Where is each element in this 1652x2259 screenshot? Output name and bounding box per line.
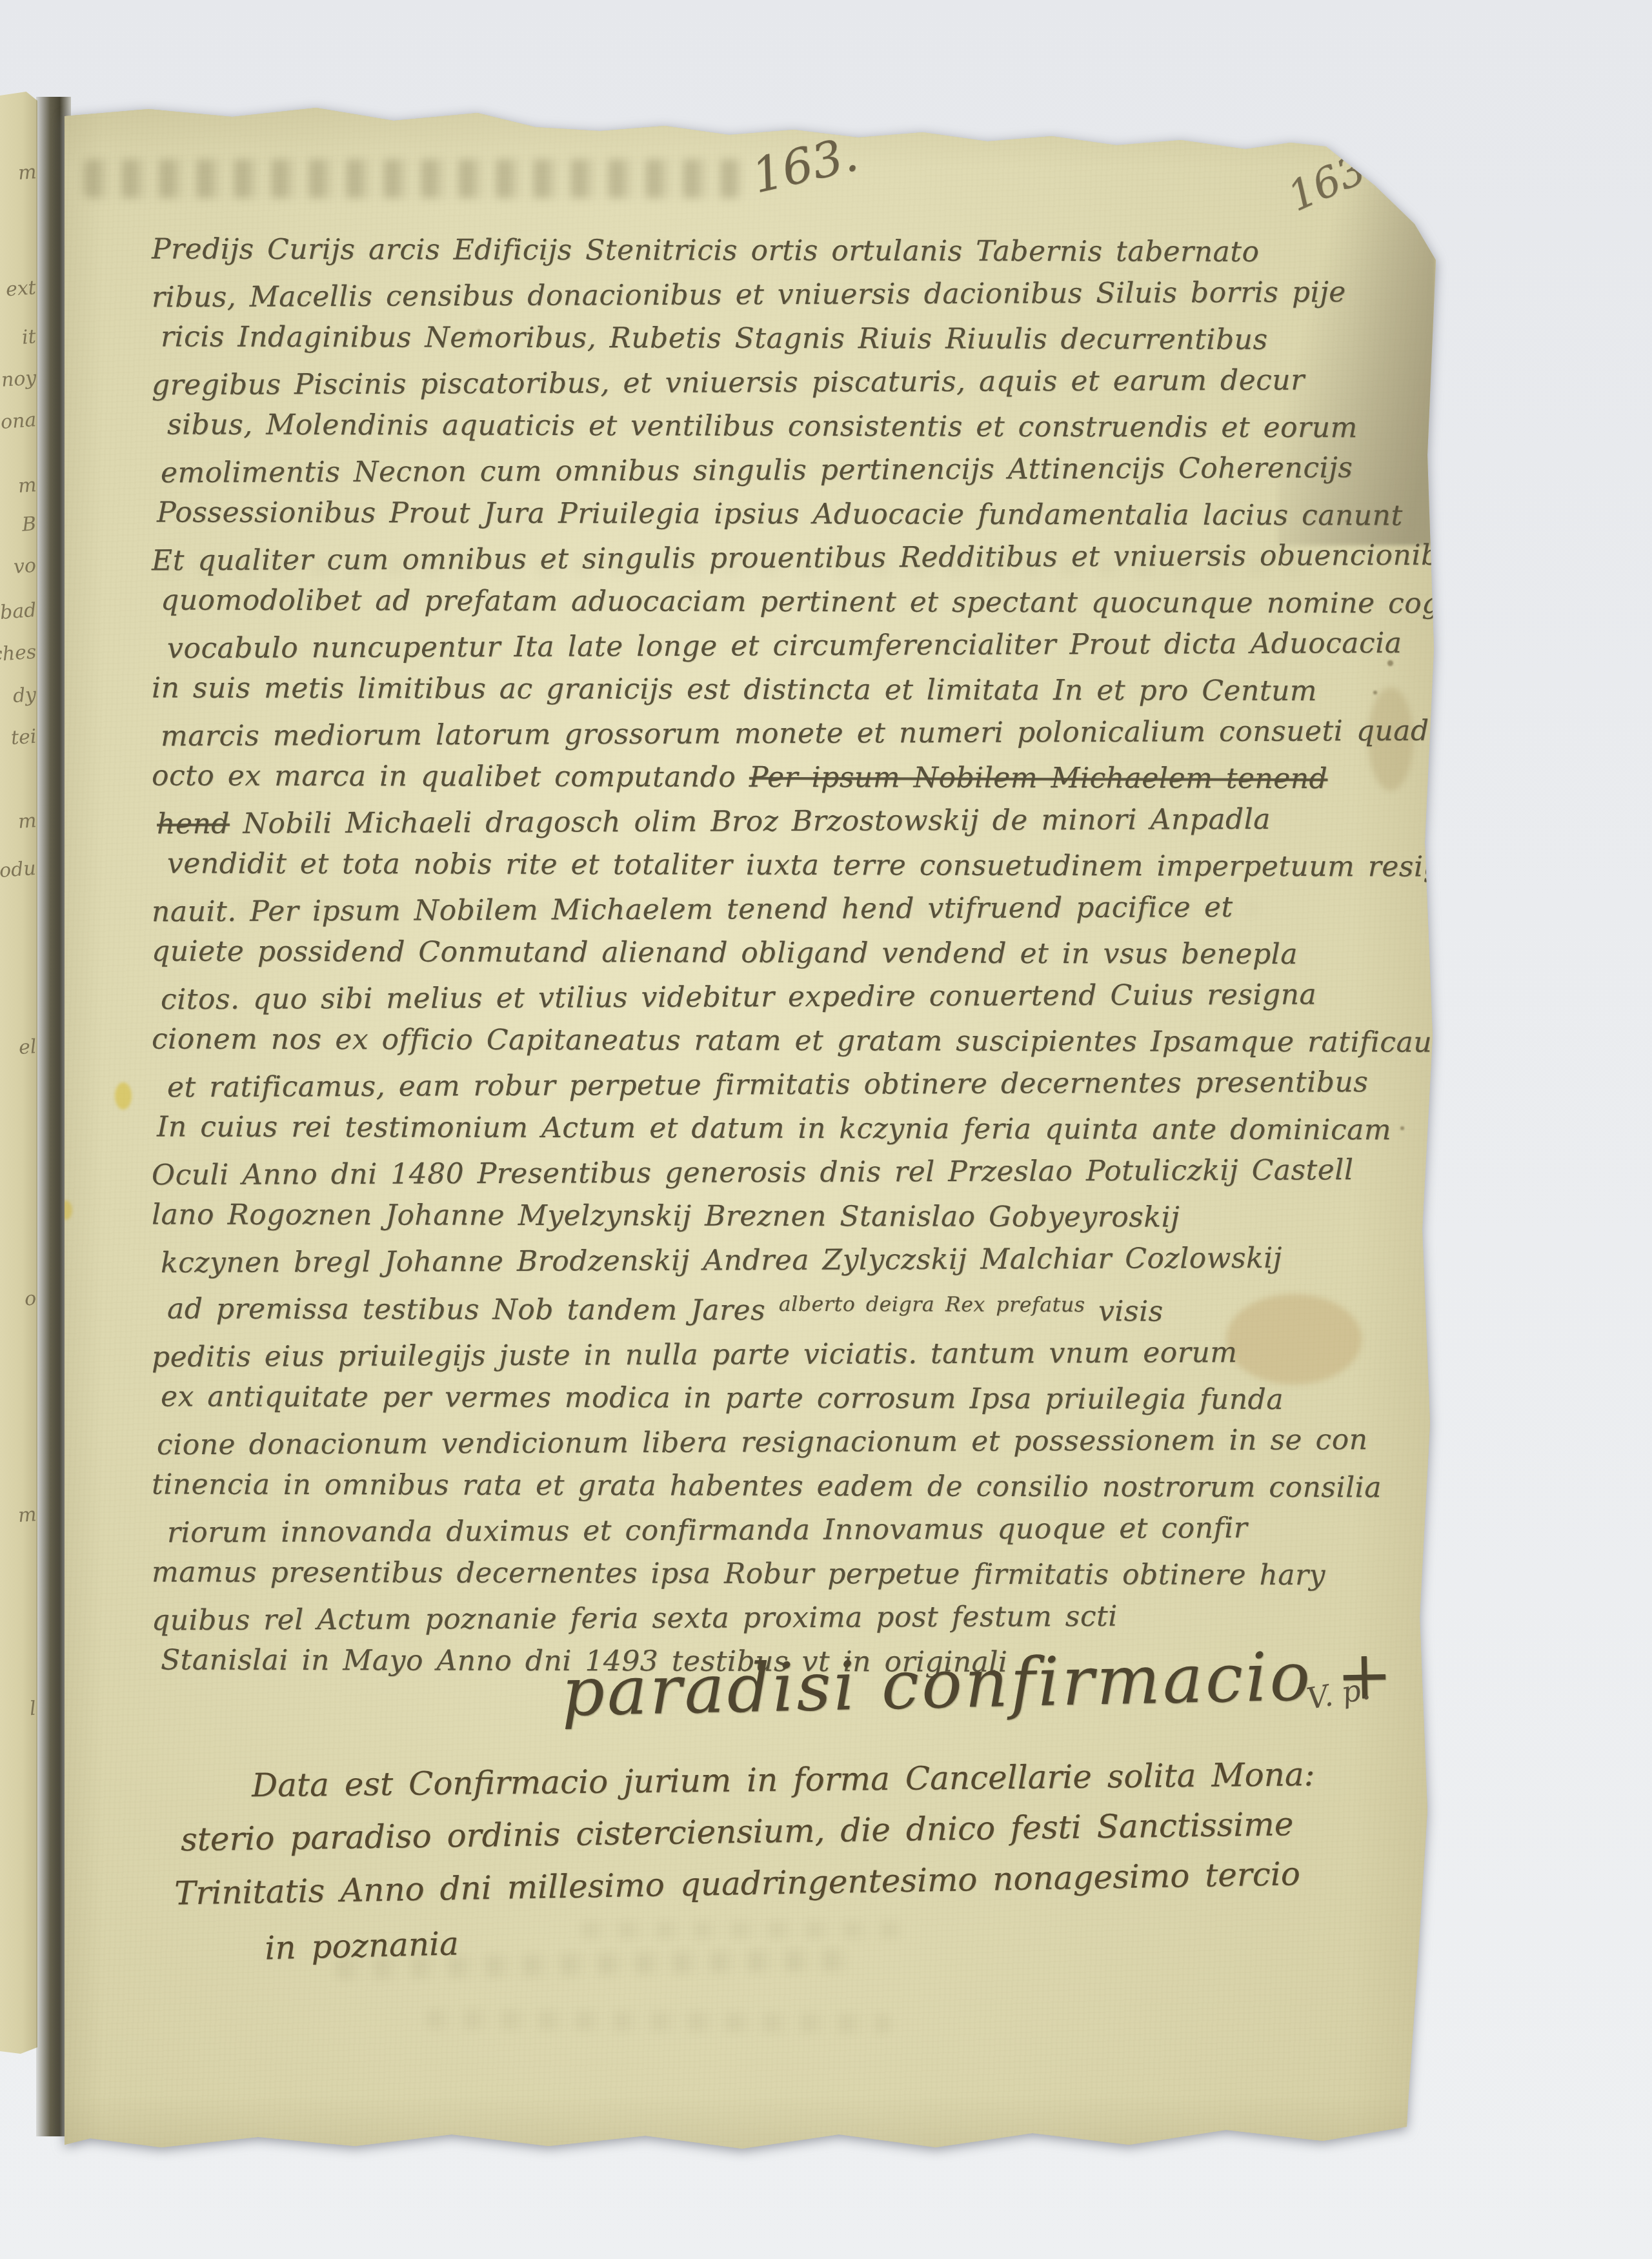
text-line: Possessionibus Prout Jura Priuilegia ips… xyxy=(157,491,1429,538)
text-line: Oculi Anno dni 1480 Presentibus generosi… xyxy=(152,1148,1429,1198)
text-segment: riorum innovanda duximus et confirmanda … xyxy=(167,1512,1248,1549)
main-text-block: Predijs Curijs arcis Edificijs Stenitric… xyxy=(152,229,1429,1684)
text-segment: quiete possidend Conmutand alienand obli… xyxy=(152,935,1298,971)
margin-fragment: tei xyxy=(10,725,37,750)
text-segment: Oculi Anno dni 1480 Presentibus generosi… xyxy=(152,1153,1354,1191)
text-segment: tinencia in omnibus rata et grata habent… xyxy=(152,1468,1382,1504)
margin-fragment: bad xyxy=(0,599,37,624)
text-line: lano Rogoznen Johanne Myelzynskij Brezne… xyxy=(152,1193,1429,1240)
text-line: ricis Indaginibus Nemoribus, Rubetis Sta… xyxy=(161,315,1429,362)
ink-bleedthrough-ghost xyxy=(426,2009,891,2034)
text-segment: ricis Indaginibus Nemoribus, Rubetis Sta… xyxy=(161,320,1268,356)
margin-fragment: dy xyxy=(12,684,37,707)
struck-text: hend xyxy=(157,807,230,840)
yellow-stain-spot xyxy=(115,1082,132,1109)
text-segment: quomodolibet ad prefatam aduocaciam pert… xyxy=(161,583,1622,620)
text-line: emolimentis Necnon cum omnibus singulis … xyxy=(161,446,1429,496)
text-segment: kczynen bregl Johanne Brodzenskij Andrea… xyxy=(161,1242,1282,1280)
text-segment: lano Rogoznen Johanne Myelzynskij Brezne… xyxy=(152,1198,1180,1233)
margin-fragment: ches xyxy=(0,641,37,667)
text-line: marcis mediorum latorum grossorum monete… xyxy=(161,709,1429,759)
text-segment: Et qualiter cum omnibus et singulis prou… xyxy=(152,538,1473,577)
text-segment: Possessionibus Prout Jura Priuilegia ips… xyxy=(157,496,1403,532)
ink-bleedthrough-ghost xyxy=(84,159,742,198)
text-segment: octo ex marca in qualibet computando xyxy=(152,759,749,793)
text-line: hend Nobili Michaeli dragosch olim Broz … xyxy=(157,797,1429,847)
text-line: sibus, Molendinis aquaticis et ventilibu… xyxy=(167,403,1429,450)
margin-fragment: ext xyxy=(5,276,37,301)
text-line: tinencia in omnibus rata et grata habent… xyxy=(152,1463,1429,1510)
text-segment: citos. quo sibi melius et vtilius videbi… xyxy=(161,978,1316,1016)
margin-fragment: el xyxy=(17,1035,37,1059)
section-heading: paradisi confirmacio + xyxy=(561,1635,1396,1731)
text-line: mamus presentibus decernentes ipsa Robur… xyxy=(152,1550,1429,1597)
text-segment: in suis metis limitibus ac granicijs est… xyxy=(152,671,1317,707)
folio-number-center: 163. xyxy=(747,127,863,205)
text-line: Et qualiter cum omnibus et singulis prou… xyxy=(152,534,1429,583)
text-segment: et ratificamus, eam robur perpetue firmi… xyxy=(167,1066,1369,1104)
parchment-leaf: 163. 163 Predijs Curijs arcis Edificijs … xyxy=(65,106,1436,2149)
text-segment: gregibus Piscinis piscatoribus, et vniue… xyxy=(152,364,1305,402)
text-segment: ad premissa testibus Nob tandem Jares xyxy=(167,1292,779,1326)
text-line: vocabulo nuncupentur Ita late longe et c… xyxy=(167,622,1429,671)
text-line: quiete possidend Conmutand alienand obli… xyxy=(152,929,1429,977)
facing-page-edge: mextitnoyonamBvobadchesdyteimodueloml xyxy=(0,92,37,2054)
scanned-manuscript-view: mextitnoyonamBvobadchesdyteimodueloml 16… xyxy=(0,0,1652,2259)
text-line: ad premissa testibus Nob tandem Jares al… xyxy=(167,1281,1429,1334)
text-line: cionem nos ex officio Capitaneatus ratam… xyxy=(152,1017,1429,1064)
margin-fragment: B xyxy=(21,512,37,536)
text-segment: Predijs Curijs arcis Edificijs Stenitric… xyxy=(152,232,1260,268)
text-segment: visis xyxy=(1085,1295,1163,1328)
margin-fragment: m xyxy=(17,161,37,185)
text-line: octo ex marca in qualibet computando Per… xyxy=(152,754,1429,801)
margin-fragment: odu xyxy=(0,857,37,882)
text-line: kczynen bregl Johanne Brodzenskij Andrea… xyxy=(161,1236,1429,1286)
margin-fragment: noy xyxy=(1,367,37,392)
text-line: ribus, Macellis censibus donacionibus et… xyxy=(152,270,1429,320)
text-segment: marcis mediorum latorum grossorum monete… xyxy=(161,714,1460,753)
text-line: cione donacionum vendicionum libera resi… xyxy=(157,1418,1429,1468)
text-segment: sibus, Molendinis aquaticis et ventilibu… xyxy=(167,408,1358,444)
text-segment: vocabulo nuncupentur Ita late longe et c… xyxy=(167,627,1402,665)
margin-fragment: o xyxy=(24,1287,37,1310)
text-line: quibus rel Actum poznanie feria sexta pr… xyxy=(152,1594,1429,1643)
margin-fragment: ona xyxy=(0,409,37,434)
manuscript-page: 163. 163 Predijs Curijs arcis Edificijs … xyxy=(65,106,1436,2149)
margin-fragment: m xyxy=(17,1503,37,1527)
text-line: et ratificamus, eam robur perpetue firmi… xyxy=(167,1060,1429,1110)
text-line: In cuius rei testimonium Actum et datum … xyxy=(157,1105,1429,1152)
text-line: quomodolibet ad prefatam aduocaciam pert… xyxy=(161,578,1429,625)
text-line: peditis eius priuilegijs juste in nulla … xyxy=(152,1330,1429,1380)
text-segment: ex antiquitate per vermes modica in part… xyxy=(161,1380,1284,1416)
text-line: citos. quo sibi melius et vtilius videbi… xyxy=(161,973,1429,1022)
margin-fragment: m xyxy=(17,809,37,833)
text-line: nauit. Per ipsum Nobilem Michaelem tenen… xyxy=(152,885,1429,935)
margin-fragment: m xyxy=(17,474,37,498)
text-line: Predijs Curijs arcis Edificijs Stenitric… xyxy=(152,227,1429,274)
heading-text: paradisi confirmacio xyxy=(561,1637,1313,1731)
text-segment: Nobili Michaeli dragosch olim Broz Brzos… xyxy=(230,803,1271,840)
margin-fragment: vo xyxy=(13,554,37,578)
text-segment: nauit. Per ipsum Nobilem Michaelem tenen… xyxy=(152,891,1233,928)
text-segment: cione donacionum vendicionum libera resi… xyxy=(157,1423,1368,1461)
closing-text-block: Data est Confirmacio jurium in forma Can… xyxy=(174,1754,1400,1960)
text-line: in suis metis limitibus ac granicijs est… xyxy=(152,666,1429,713)
interlinear-insertion: alberto deigra Rex prefatus xyxy=(779,1293,1085,1317)
text-segment: mamus presentibus decernentes ipsa Robur… xyxy=(152,1555,1325,1592)
text-segment: In cuius rei testimonium Actum et datum … xyxy=(157,1110,1391,1146)
struck-text: Per ipsum Nobilem Michaelem tenend xyxy=(749,761,1328,795)
text-segment: emolimentis Necnon cum omnibus singulis … xyxy=(161,451,1353,489)
text-line: gregibus Piscinis piscatoribus, et vniue… xyxy=(152,358,1429,408)
margin-fragment: it xyxy=(21,325,37,349)
text-line: riorum innovanda duximus et confirmanda … xyxy=(167,1506,1429,1555)
text-segment: peditis eius priuilegijs juste in nulla … xyxy=(152,1336,1238,1373)
text-segment: quibus rel Actum poznanie feria sexta pr… xyxy=(152,1600,1118,1637)
text-segment: cionem nos ex officio Capitaneatus ratam… xyxy=(152,1022,1502,1059)
text-line: vendidit et tota nobis rite et totaliter… xyxy=(167,842,1429,889)
text-line: ex antiquitate per vermes modica in part… xyxy=(161,1375,1429,1422)
text-segment: vendidit et tota nobis rite et totaliter… xyxy=(167,847,1442,883)
text-segment: ribus, Macellis censibus donacionibus et… xyxy=(152,276,1346,314)
